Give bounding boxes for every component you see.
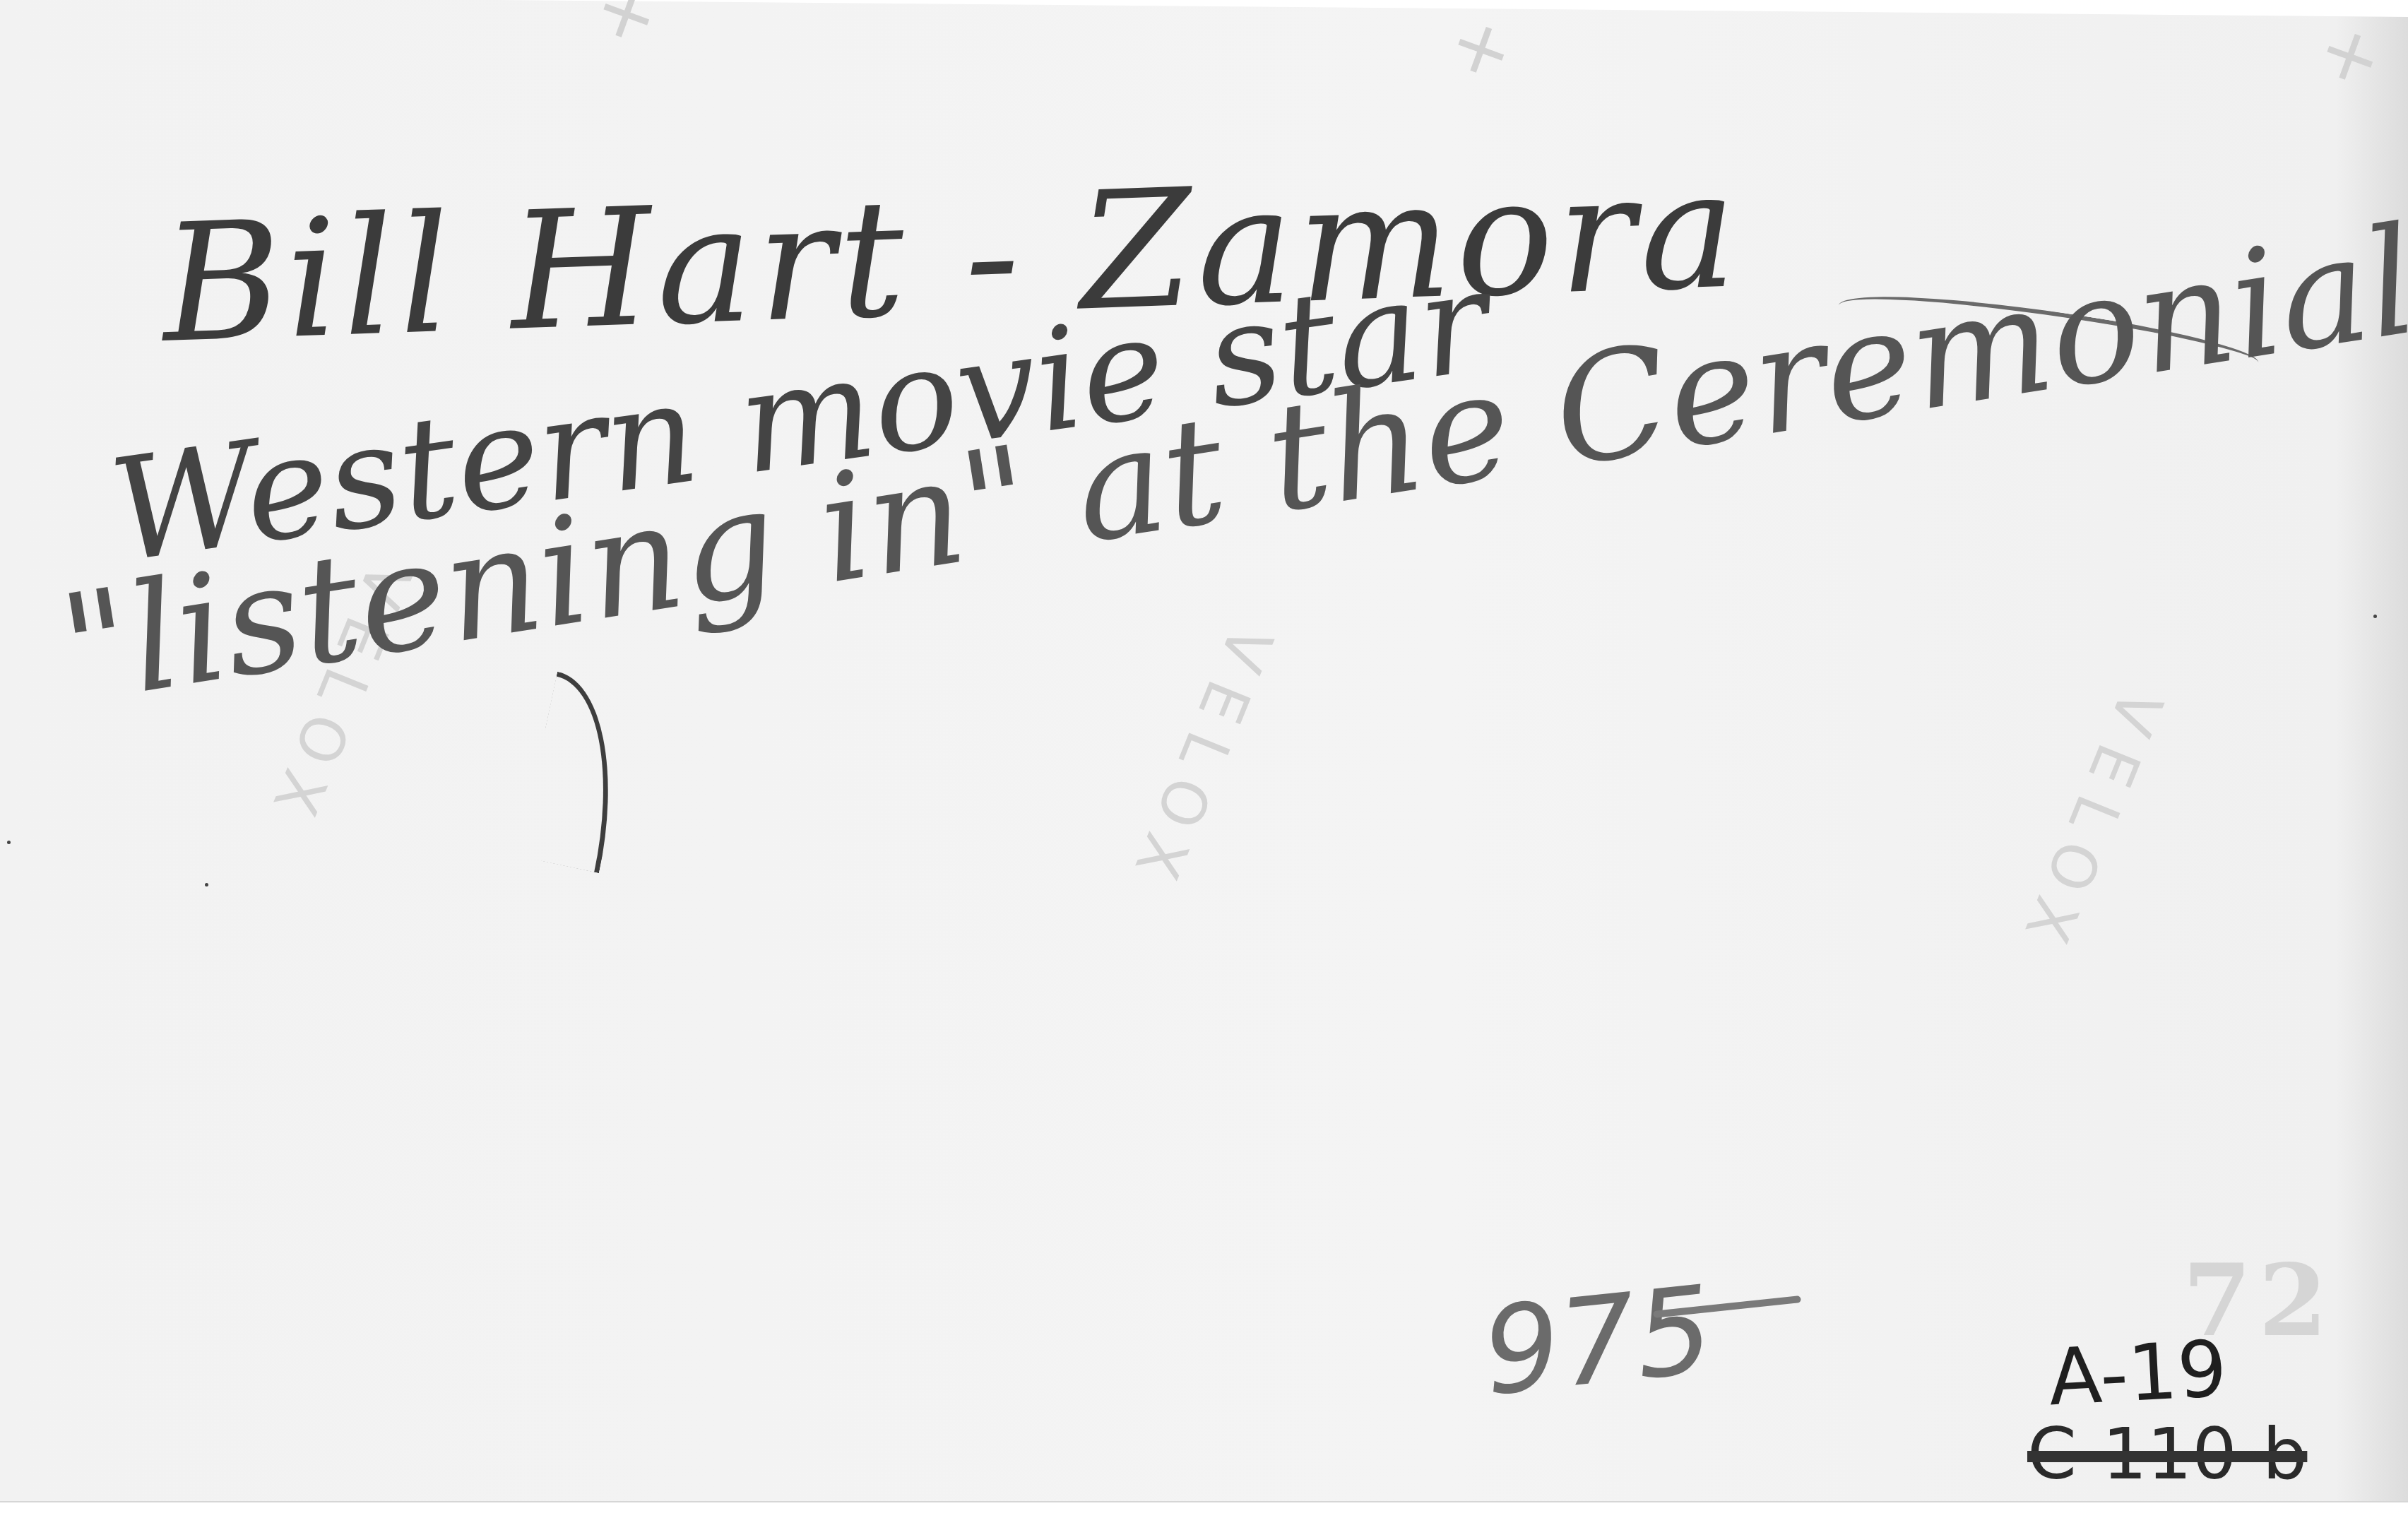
catalog-number: 975 [1477, 1260, 1719, 1423]
paper-speck [205, 883, 208, 887]
paper-bottom-edge [0, 1501, 2408, 1518]
watermark-cross-mark: ✕ [2311, 13, 2390, 103]
reference-struck-through: C-110-b [2027, 1413, 2307, 1495]
velox-watermark: VELOX [1115, 617, 1286, 905]
photo-back-card: VELOX VELOX VELOX ✕ ✕ ✕ Bill Hart - Zamo… [0, 0, 2408, 1518]
watermark-cross-mark: ✕ [587, 0, 667, 61]
velox-watermark: VELOX [2005, 680, 2176, 968]
paper-speck [7, 841, 11, 844]
reference-current: A-19 [2046, 1323, 2229, 1423]
paper-top-edge [494, 0, 2408, 17]
paper-speck [2373, 615, 2377, 618]
caption-descender-stroke [518, 672, 639, 873]
watermark-cross-mark: ✕ [1442, 6, 1522, 96]
